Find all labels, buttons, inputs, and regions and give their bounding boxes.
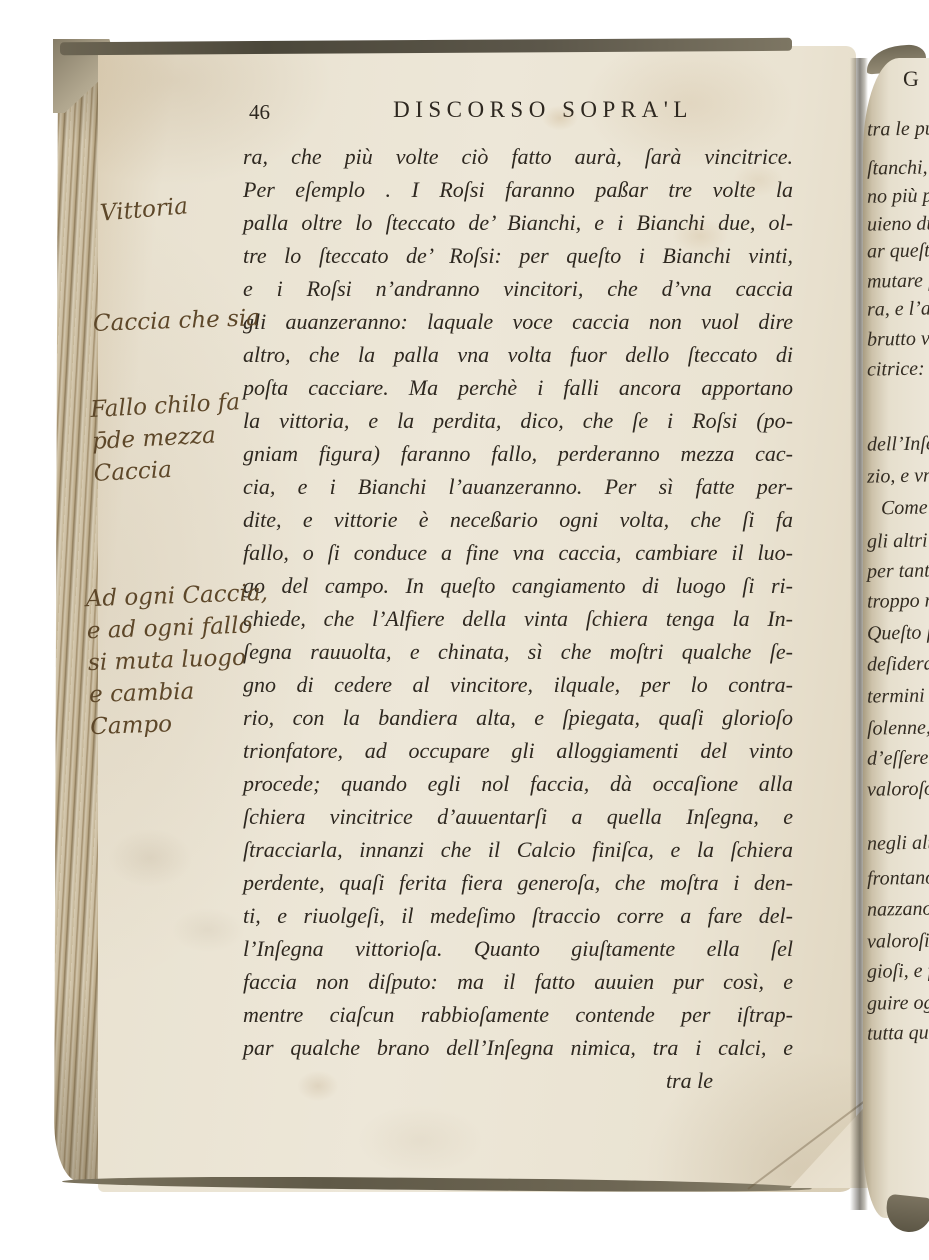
note-line: Queſto ſ [867,621,929,645]
note-line: troppo no [867,589,929,613]
facing-page-fragment: mutare ſi [867,269,929,293]
facing-page-fragment: Come [867,496,928,520]
text-line: Per eſemplo . I Roſsi faranno paßar tre … [243,173,793,206]
facing-page-fragment: ſtanchi, [867,156,928,180]
note-line: valoroſi, e [867,929,929,953]
text-line: altro, che la palla vna volta fuor dello… [243,338,793,371]
facing-page-fragment: termini d [867,684,929,708]
text-line: ſtracciarla, innanzi che il Calcio finiſ… [243,833,793,866]
note-line: deſidera, [867,652,929,676]
text-line: ſegna rauuolta, e chinata, sì che moſtri… [243,635,793,668]
text-line: tre lo ſteccato de’ Roſsi: per queſto i … [243,239,793,272]
note-line: gli altri t [867,529,929,553]
note-line: brutto ve [867,327,929,351]
facing-page-fragment: brutto ve [867,327,929,351]
facing-page-fragment: Queſto ſ [867,621,929,645]
note-line: uieno du [867,212,929,236]
note-line: frontano, p [867,866,929,891]
text-line: procede; quando egli nol faccia, dà occa… [243,767,793,800]
note-line: mutare ſi [867,269,929,293]
text-line: cia, e i Bianchi l’auanzeranno. Per sì f… [243,470,793,503]
text-line: gli auanzeranno: laquale voce caccia non… [243,305,793,338]
facing-page-header: G [903,66,921,92]
facing-page-fragment: guire ogni [867,991,929,1015]
left-page-edges [54,54,104,1182]
facing-page-fragment: negli alti a [867,831,929,856]
facing-page-fragment: dell’Inſeg [867,432,929,456]
facing-page-fragment: troppo no [867,589,929,613]
facing-page-sliver: G tra le puſtanchi,no più peruieno duar … [863,58,929,1218]
text-line: ra, che più volte ciò fatto aurà, ſarà v… [243,140,793,173]
text-line: ti, e riuolgeſi, il medeſimo ſtraccio co… [243,899,793,932]
note-line: termini d [867,684,929,708]
facing-page-fragment: deſidera, [867,652,929,676]
facing-page-fragment: tra le pu [867,117,929,141]
note-line: zio, e vn [867,464,929,488]
text-line: go del campo. In queſto cangiamento di l… [243,569,793,602]
facing-page-fragment: tutta quan [867,1021,929,1045]
catchword: tra le [243,1064,793,1097]
text-line: fallo, o ſi conduce a fine vna caccia, c… [243,536,793,569]
note-line: ſolenne, e [867,716,929,740]
facing-page-fragment: valoroſi, e [867,929,929,953]
facing-page-fragment: ſolenne, e [867,716,929,740]
book-photo: 46 DISCORSO SOPRA'L ra, che più volte ci… [0,0,929,1260]
note-line: gioſi, e fort [867,959,929,984]
facing-page-fragment: valoroſo, e [867,777,929,801]
page-number: 46 [249,100,270,125]
note-line: ra, e l’al [867,297,929,321]
text-line: par qualche brano dell’Inſegna nimica, t… [243,1031,793,1064]
facing-page-fragment: nazzano di [867,897,929,921]
facing-page-fragment: uieno du [867,212,929,236]
note-line: guire ogni [867,991,929,1015]
facing-page-fragment: gli altri t [867,529,929,553]
text-line: palla oltre lo ſteccato de’ Bianchi, e i… [243,206,793,239]
note-line: no più per [867,184,929,208]
note-line: ſtanchi, [867,156,928,180]
note-line: tutta quan [867,1021,929,1045]
note-line: ar queſt [867,239,929,263]
text-line: poſta cacciare. Ma perchè i falli ancora… [243,371,793,404]
facing-page-fragment: no più per [867,184,929,208]
facing-page-fragment: zio, e vn [867,464,929,488]
note-line: nazzano di [867,897,929,921]
facing-page-bottom-edge [884,1194,929,1235]
note-line: d’eſſere da [867,746,929,771]
text-line: trionfatore, ad occupare gli alloggiamen… [243,734,793,767]
facing-page-fragment: ra, e l’al [867,297,929,321]
running-header: DISCORSO SOPRA'L [375,97,711,123]
note-line: dell’Inſeg [867,432,929,456]
facing-page-fragment: per tanti [867,559,929,583]
text-line: ſchiera vincitrice d’auuentarſi a quella… [243,800,793,833]
facing-page-fragment: citrice: a [867,357,929,381]
body-lines: ra, che più volte ciò fatto aurà, ſarà v… [243,140,793,1064]
facing-page-fragment: d’eſſere da [867,746,929,771]
note-line: negli alti a [867,831,929,856]
text-line: faccia non diſputo: ma il fatto auuien p… [243,965,793,998]
text-line: mentre ciaſcun rabbioſamente contende pe… [243,998,793,1031]
text-line: rio, con la bandiera alta, e ſpiegata, q… [243,701,793,734]
text-line: gno di cedere al vincitore, ilquale, per… [243,668,793,701]
facing-page-fragment: gioſi, e fort [867,959,929,984]
text-line: la vittoria, e la perdita, dico, che ſe … [243,404,793,437]
note-line: per tanti [867,559,929,583]
text-line: dite, e vittorie è neceßario ogni volta,… [243,503,793,536]
note-line: valoroſo, e [867,777,929,801]
text-line: perdente, quaſi ferita fiera generoſa, c… [243,866,793,899]
note-line: citrice: a [867,357,929,381]
text-line: gniam figura) faranno fallo, perderanno … [243,437,793,470]
text-line: chiede, che l’Alfiere della vinta ſchier… [243,602,793,635]
text-line: l’Inſegna vittorioſa. Quanto giuſtamente… [243,932,793,965]
body-text: ra, che più volte ciò fatto aurà, ſarà v… [243,140,793,1097]
facing-page-fragment: frontano, p [867,866,929,891]
text-line: e i Roſsi n’andranno vincitori, che d’vn… [243,272,793,305]
note-line: Come [881,496,928,520]
facing-page-fragment: ar queſt [867,239,929,263]
note-line: tra le pu [867,117,929,141]
